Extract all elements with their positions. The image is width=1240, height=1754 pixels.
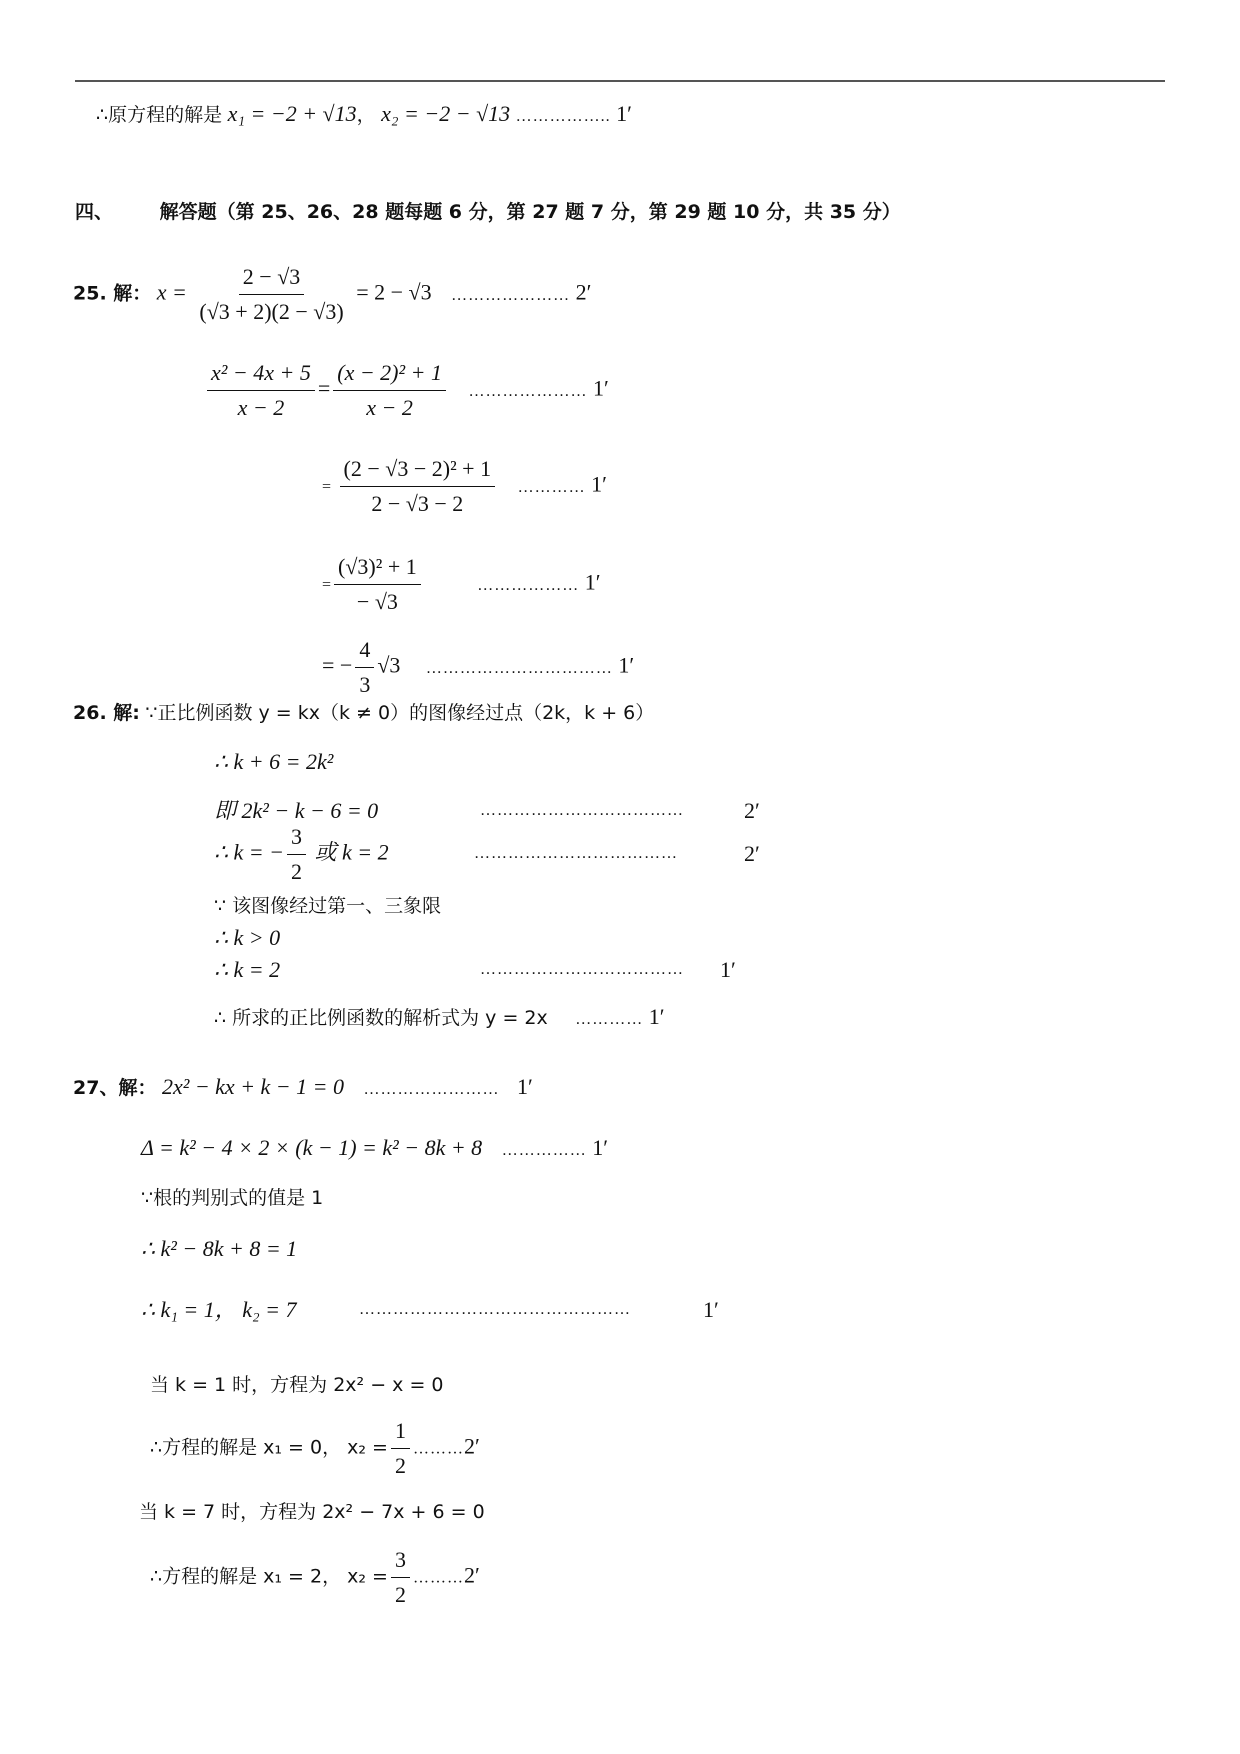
score-leader: …………… bbox=[502, 1142, 587, 1159]
numerator: 3 bbox=[287, 822, 306, 855]
numerator: 2 − √3 bbox=[239, 262, 304, 295]
fraction: 3 2 bbox=[287, 822, 306, 887]
expr: ∴ k = 2 bbox=[214, 957, 280, 982]
header-rule bbox=[75, 80, 1165, 82]
score-mark: 2′ bbox=[576, 280, 592, 305]
score-mark: 2′ bbox=[744, 840, 760, 868]
section-number: 四、 bbox=[75, 201, 113, 223]
denominator: − √3 bbox=[353, 585, 402, 617]
score-leader: …………………………… bbox=[426, 660, 613, 677]
score-mark: 2′ bbox=[744, 797, 760, 825]
expr: 当 k = 7 时，方程为 2x² − 7x + 6 = 0 bbox=[139, 1501, 485, 1523]
score-leader: ……… bbox=[413, 1570, 464, 1587]
problem-27-step-2: ∵根的判别式的值是 1 bbox=[141, 1184, 323, 1212]
score-leader: ……………………………… bbox=[474, 840, 678, 868]
score-mark: 1′ bbox=[585, 570, 601, 595]
fraction: x² − 4x + 5 x − 2 bbox=[207, 358, 315, 423]
expr: ∴方程的解是 x₁ = 2， x₂ = bbox=[150, 1566, 388, 1588]
expr: ∴ k > 0 bbox=[214, 925, 280, 950]
expr: ∴方程的解是 x₁ = 0， x₂ = bbox=[150, 1437, 388, 1459]
conclusion-prefix: ∴原方程的解是 bbox=[96, 104, 222, 126]
problem-27-step-4: ∴ k₁ = 1， k₂ = 7 ………………………………………… 1′ bbox=[141, 1296, 297, 1324]
problem-27-step-3: ∴ k² − 8k + 8 = 1 bbox=[141, 1235, 297, 1263]
numerator: (x − 2)² + 1 bbox=[333, 358, 446, 391]
expr: √3 bbox=[377, 653, 400, 678]
score-mark: 1′ bbox=[517, 1074, 533, 1099]
score-mark: 1′ bbox=[703, 1296, 719, 1324]
score-mark: 1′ bbox=[591, 472, 607, 497]
score-mark: 1′ bbox=[618, 653, 634, 678]
expr: 即 2k² − k − 6 = 0 bbox=[214, 798, 378, 823]
numerator: 3 bbox=[391, 1545, 410, 1578]
expr: ∵根的判别式的值是 1 bbox=[141, 1187, 323, 1209]
expr: ∴ k² − 8k + 8 = 1 bbox=[141, 1236, 297, 1261]
numerator: x² − 4x + 5 bbox=[207, 358, 315, 391]
expr: ∴ k + 6 = 2k² bbox=[214, 749, 333, 774]
expr: 2x² − kx + k − 1 = 0 bbox=[162, 1074, 344, 1099]
problem-27-step-6: ∴方程的解是 x₁ = 0， x₂ = 1 2 ………2′ bbox=[150, 1416, 480, 1481]
problem-label: 26. 解: bbox=[73, 702, 140, 724]
problem-25-step-5: = − 4 3 √3 …………………………… 1′ bbox=[322, 635, 634, 700]
expr: 或 k = 2 bbox=[309, 840, 389, 865]
expr: 当 k = 1 时，方程为 2x² − x = 0 bbox=[150, 1374, 444, 1396]
score-mark: 2′ bbox=[464, 1434, 480, 1459]
section-heading: 四、 解答题（第 25、26、28 题每题 6 分，第 27 题 7 分，第 2… bbox=[75, 198, 901, 226]
score-leader: …………….. bbox=[516, 108, 611, 125]
denominator: 2 bbox=[391, 1578, 410, 1610]
problem-27-statement: 27、解： 2x² − kx + k − 1 = 0 …………………… 1′ bbox=[73, 1073, 533, 1104]
score-leader: ………………………………………… bbox=[359, 1296, 631, 1324]
problem-label: 27、解： bbox=[73, 1077, 156, 1099]
expr: = 2 − √3 bbox=[356, 280, 431, 305]
problem-25-step-2: x² − 4x + 5 x − 2 = (x − 2)² + 1 x − 2 …… bbox=[204, 358, 609, 423]
numerator: (2 − √3 − 2)² + 1 bbox=[340, 454, 496, 487]
root-x1: x₁ = −2 + √13 bbox=[228, 101, 357, 126]
score-leader: ……………………………… bbox=[480, 956, 684, 984]
score-mark: 1′ bbox=[592, 1135, 608, 1160]
problem-statement: ∵正比例函数 y = kx（k ≠ 0）的图像经过点（2k，k + 6） bbox=[145, 702, 654, 724]
root-x2: x₂ = −2 − √13 bbox=[381, 101, 510, 126]
problem-27-step-1: Δ = k² − 4 × 2 × (k − 1) = k² − 8k + 8 …… bbox=[141, 1134, 608, 1165]
score-leader: ……… bbox=[413, 1441, 464, 1458]
section-title: 解答题（第 25、26、28 题每题 6 分，第 27 题 7 分，第 29 题… bbox=[160, 201, 901, 223]
denominator: (√3 + 2)(2 − √3) bbox=[195, 295, 347, 327]
score-leader: ……………… bbox=[477, 577, 579, 594]
score-mark: 1′ bbox=[649, 1004, 665, 1029]
problem-label: 25. 解： bbox=[73, 283, 151, 305]
problem-27-step-5: 当 k = 1 时，方程为 2x² − x = 0 bbox=[150, 1370, 444, 1399]
numerator: 1 bbox=[391, 1416, 410, 1449]
problem-26-statement: 26. 解: ∵正比例函数 y = kx（k ≠ 0）的图像经过点（2k，k +… bbox=[73, 698, 654, 727]
score-mark: 2′ bbox=[464, 1563, 480, 1588]
expr: x = bbox=[157, 280, 187, 305]
numerator: 4 bbox=[355, 635, 374, 668]
problem-26-step-7: ∴ 所求的正比例函数的解析式为 y = 2x ………… 1′ bbox=[214, 1003, 665, 1034]
denominator: 2 bbox=[391, 1449, 410, 1481]
score-leader: ………… bbox=[518, 479, 586, 496]
equals: = bbox=[318, 376, 330, 401]
score-leader: ……………………………… bbox=[480, 797, 684, 825]
score-leader: …………………… bbox=[364, 1081, 500, 1098]
problem-26-step-5: ∴ k > 0 bbox=[214, 924, 280, 952]
separator: ， bbox=[357, 104, 376, 126]
denominator: x − 2 bbox=[362, 391, 417, 423]
fraction: 3 2 bbox=[391, 1545, 410, 1610]
problem-25-step-3: = (2 − √3 − 2)² + 1 2 − √3 − 2 ………… 1′ bbox=[322, 454, 607, 519]
denominator: x − 2 bbox=[234, 391, 289, 423]
problem-25-step-4: = (√3)² + 1 − √3 ……………… 1′ bbox=[322, 552, 601, 617]
score-leader: ………………… bbox=[451, 287, 570, 304]
problem-25-step-1: 25. 解： x = 2 − √3 (√3 + 2)(2 − √3) = 2 −… bbox=[73, 262, 591, 327]
denominator: 2 bbox=[287, 855, 306, 887]
fraction: 1 2 bbox=[391, 1416, 410, 1481]
previous-conclusion: ∴原方程的解是 x₁ = −2 + √13， x₂ = −2 − √13 ………… bbox=[96, 100, 632, 131]
fraction: 2 − √3 (√3 + 2)(2 − √3) bbox=[195, 262, 347, 327]
document-page: ∴原方程的解是 x₁ = −2 + √13， x₂ = −2 − √13 ………… bbox=[0, 0, 1240, 1754]
fraction: 4 3 bbox=[355, 635, 374, 700]
score-mark: 1′ bbox=[593, 376, 609, 401]
problem-26-step-3: ∴ k = − 3 2 或 k = 2 ……………………………… 2′ bbox=[214, 822, 389, 887]
equals: = bbox=[322, 577, 331, 594]
fraction: (2 − √3 − 2)² + 1 2 − √3 − 2 bbox=[340, 454, 496, 519]
expr: ∴ 所求的正比例函数的解析式为 y = 2x bbox=[214, 1007, 548, 1029]
expr: ∴ k = − bbox=[214, 840, 284, 865]
score-mark: 1′ bbox=[720, 956, 736, 984]
problem-26-step-2: 即 2k² − k − 6 = 0 ……………………………… 2′ bbox=[214, 797, 378, 825]
problem-26-step-1: ∴ k + 6 = 2k² bbox=[214, 748, 333, 776]
problem-26-step-4: ∵ 该图像经过第一、三象限 bbox=[214, 892, 441, 920]
score-leader: ………………… bbox=[468, 383, 587, 400]
problem-27-step-8: ∴方程的解是 x₁ = 2， x₂ = 3 2 ………2′ bbox=[150, 1545, 480, 1610]
expr: ∴ k₁ = 1， k₂ = 7 bbox=[141, 1297, 297, 1322]
denominator: 2 − √3 − 2 bbox=[367, 487, 467, 519]
expr: ∵ 该图像经过第一、三象限 bbox=[214, 895, 441, 917]
equals: = bbox=[322, 479, 331, 496]
expr: Δ = k² − 4 × 2 × (k − 1) = k² − 8k + 8 bbox=[141, 1135, 482, 1160]
denominator: 3 bbox=[355, 668, 374, 700]
score-mark: 1′ bbox=[616, 101, 632, 126]
equals: = − bbox=[322, 653, 352, 678]
fraction: (√3)² + 1 − √3 bbox=[334, 552, 421, 617]
problem-26-step-6: ∴ k = 2 ……………………………… 1′ bbox=[214, 956, 280, 984]
numerator: (√3)² + 1 bbox=[334, 552, 421, 585]
problem-27-step-7: 当 k = 7 时，方程为 2x² − 7x + 6 = 0 bbox=[139, 1497, 485, 1526]
fraction: (x − 2)² + 1 x − 2 bbox=[333, 358, 446, 423]
score-leader: ………… bbox=[575, 1011, 643, 1028]
